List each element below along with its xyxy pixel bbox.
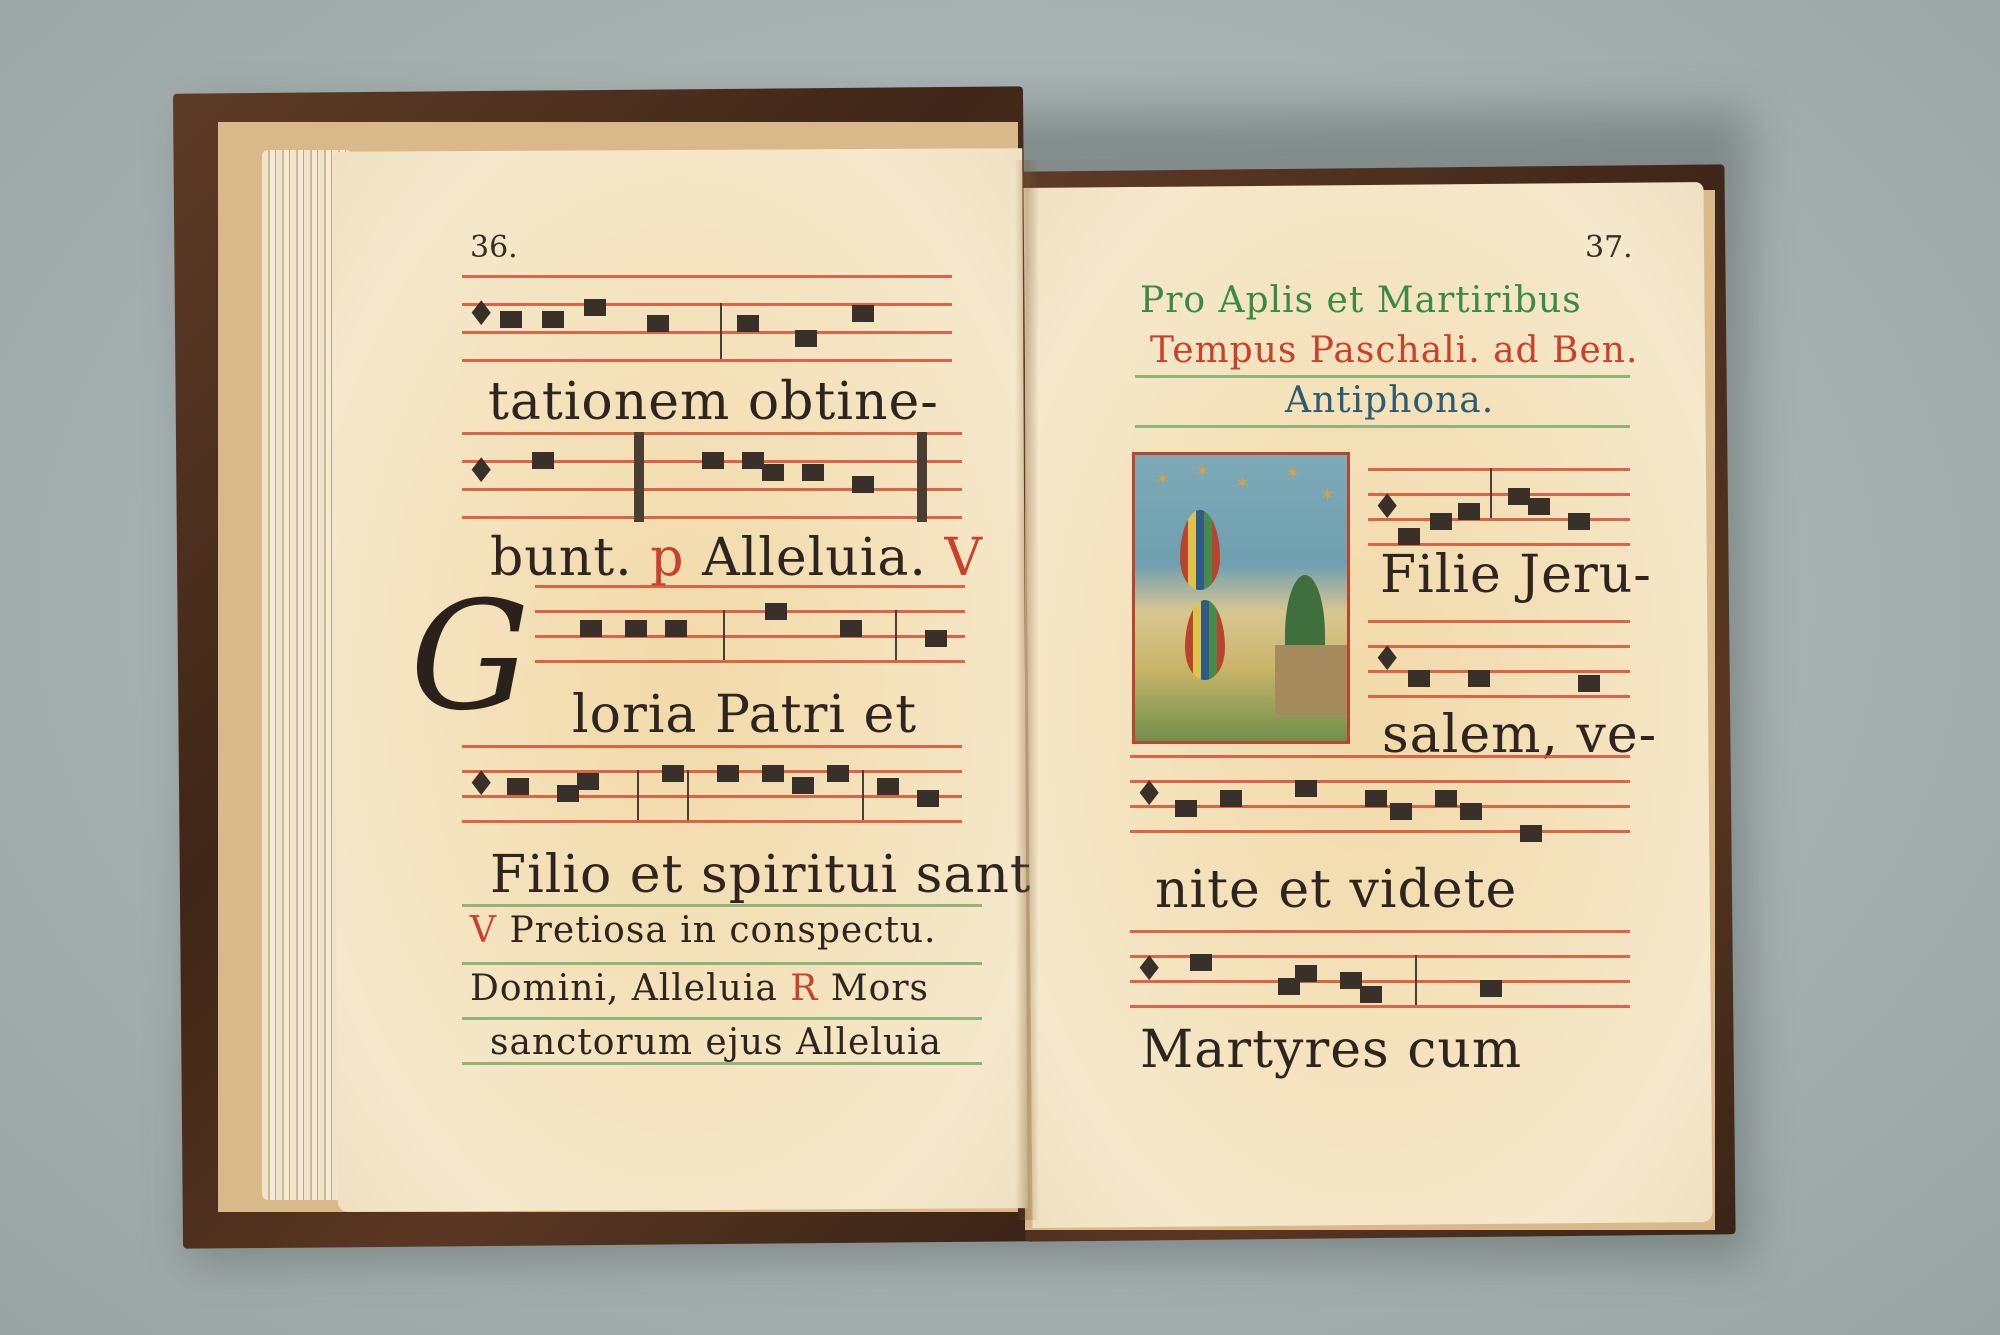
lyric-text: Alleluia. xyxy=(702,528,944,588)
heading-line: Antiphona. xyxy=(1285,380,1494,421)
star-icon: ✶ xyxy=(1155,469,1170,490)
gutter-shadow xyxy=(1015,160,1039,1220)
versicle-line: Domini, Alleluia R Mors xyxy=(470,968,929,1009)
house-illustration xyxy=(1275,645,1347,715)
star-icon: ✶ xyxy=(1195,461,1210,482)
music-staff: ♦ xyxy=(462,432,962,520)
balloon-illustration xyxy=(1185,600,1225,680)
rule-line xyxy=(462,962,982,965)
rubric-v: V xyxy=(470,910,509,951)
heading-line: Tempus Paschali. ad Ben. xyxy=(1150,330,1638,371)
clef-icon: ♦ xyxy=(1134,952,1164,986)
balloon-illustration xyxy=(1180,510,1220,590)
music-staff: ♦ xyxy=(1368,468,1630,556)
music-staff xyxy=(535,585,965,673)
rule-line xyxy=(462,1062,982,1065)
clef-icon: ♦ xyxy=(1134,777,1164,811)
versicle-line: sanctorum ejus Alleluia xyxy=(490,1022,942,1063)
miniature-painting: ✶ ✶ ✶ ✶ ✶ xyxy=(1132,452,1350,744)
rule-line xyxy=(462,1017,982,1020)
versicle-text: Domini, Alleluia xyxy=(470,968,790,1009)
rubric-r: R xyxy=(790,968,831,1009)
rule-line xyxy=(1135,425,1630,428)
lyric-line: bunt. p Alleluia. V xyxy=(490,528,983,588)
rule-line xyxy=(1135,375,1630,378)
lyric-line: Martyres cum xyxy=(1140,1020,1522,1080)
lyric-line: loria Patri et xyxy=(572,685,917,745)
music-staff: ♦ xyxy=(462,745,962,833)
music-staff: ♦ xyxy=(1368,620,1630,708)
lyric-line: Filio et spiritui sant xyxy=(490,845,1032,905)
heading-line: Pro Aplis et Martiribus xyxy=(1140,280,1582,321)
lyric-line: nite et videte xyxy=(1155,860,1517,920)
folio-number-left: 36. xyxy=(470,230,518,265)
lyric-line: Filie Jeru- xyxy=(1380,545,1652,605)
versicle-text: Pretiosa in conspectu. xyxy=(509,910,936,951)
clef-icon: ♦ xyxy=(466,297,496,331)
lyric-line: tationem obtine- xyxy=(488,372,939,432)
folio-number-right: 37. xyxy=(1585,230,1633,265)
star-icon: ✶ xyxy=(1320,485,1335,506)
versicle-text: Mors xyxy=(831,968,929,1009)
rule-line xyxy=(462,904,982,907)
clef-icon: ♦ xyxy=(466,454,496,488)
star-icon: ✶ xyxy=(1285,463,1300,484)
clef-icon: ♦ xyxy=(466,767,496,801)
music-staff: ♦ xyxy=(1130,755,1630,843)
versicle-line: V Pretiosa in conspectu. xyxy=(470,910,936,951)
rubric-p: p xyxy=(650,528,702,588)
music-staff: ♦ xyxy=(462,275,952,363)
rubric-v: V xyxy=(944,528,983,588)
decorated-initial: G xyxy=(410,570,530,744)
clef-icon: ♦ xyxy=(1372,490,1402,524)
star-icon: ✶ xyxy=(1235,473,1250,494)
music-staff: ♦ xyxy=(1130,930,1630,1018)
clef-icon: ♦ xyxy=(1372,642,1402,676)
